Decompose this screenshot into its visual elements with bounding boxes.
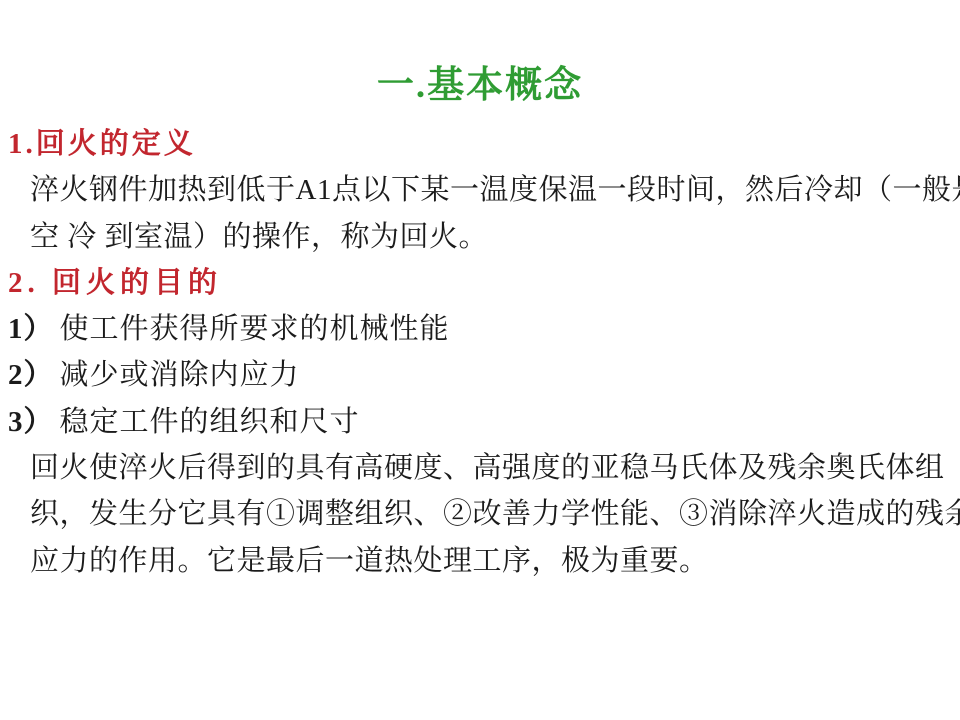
list-item-text: 使工件获得所要求的机械性能	[60, 313, 450, 345]
slide-title: 一.基本概念	[0, 0, 960, 110]
list-item-number: 3）	[8, 399, 54, 445]
definition-paragraph-line-1: 淬火钢件加热到低于A1点以下某一温度保温一段时间，然后冷却（一般是	[8, 167, 952, 213]
slide: 一.基本概念 1.回火的定义 淬火钢件加热到低于A1点以下某一温度保温一段时间，…	[0, 0, 960, 720]
summary-paragraph-line-3: 应力的作用。它是最后一道热处理工序，极为重要。	[8, 538, 952, 584]
slide-content: 1.回火的定义 淬火钢件加热到低于A1点以下某一温度保温一段时间，然后冷却（一般…	[0, 121, 960, 584]
purpose-list-item-1: 1）使工件获得所要求的机械性能	[8, 306, 952, 352]
purpose-list-item-3: 3）稳定工件的组织和尺寸	[8, 399, 952, 445]
list-item-number: 2）	[8, 352, 54, 398]
section-heading-definition: 1.回火的定义	[8, 121, 952, 167]
section-heading-purpose: 2. 回火的目的	[8, 260, 952, 306]
purpose-list-item-2: 2）减少或消除内应力	[8, 352, 952, 398]
definition-paragraph-line-2: 空 冷 到室温）的操作，称为回火。	[8, 214, 952, 260]
list-item-text: 减少或消除内应力	[60, 359, 300, 391]
list-item-text: 稳定工件的组织和尺寸	[60, 406, 360, 438]
list-item-number: 1）	[8, 306, 54, 352]
summary-paragraph-line-1: 回火使淬火后得到的具有高硬度、高强度的亚稳马氏体及残余奥氏体组	[8, 445, 952, 491]
summary-paragraph-line-2: 织，发生分它具有①调整组织、②改善力学性能、③消除淬火造成的残余	[8, 491, 952, 537]
